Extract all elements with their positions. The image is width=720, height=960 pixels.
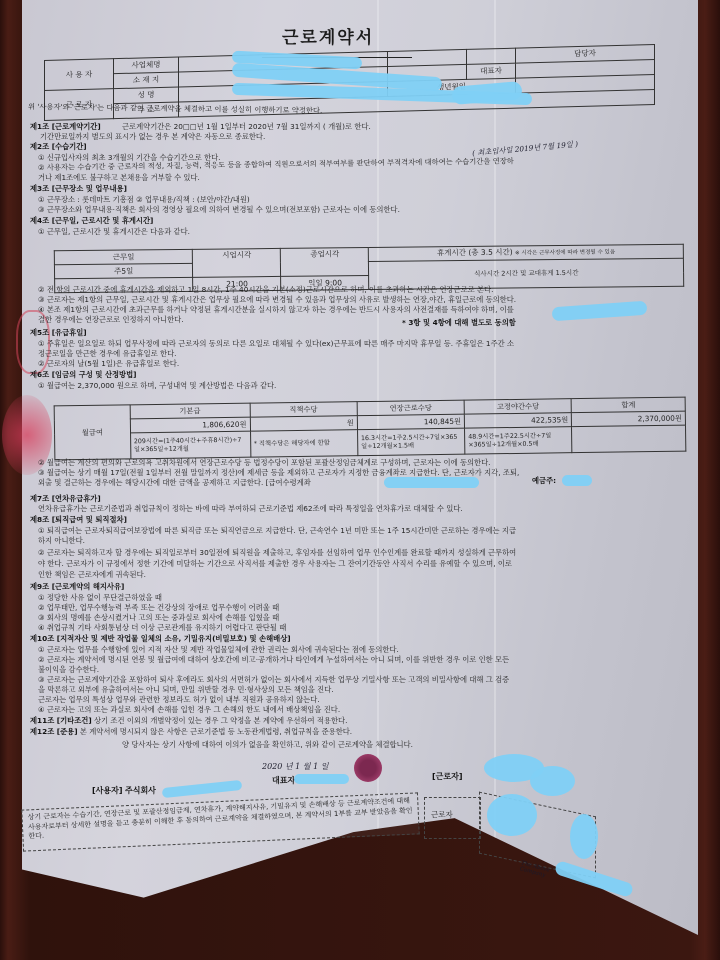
article-line: ② 업무태만, 업무수행능력 부족 또는 건강상의 장애로 업무수행이 어려울 … [38, 603, 279, 612]
company-label: 주식회사 [125, 786, 156, 795]
article-line: ③ 회사의 명예를 손상시켰거나 고의 또는 중과실로 회사에 손해를 입혔을 … [38, 613, 279, 622]
employee-signature-box: 근로자 [424, 797, 481, 839]
consent-note: * 3항 및 4항에 대해 별도로 동의함 [402, 318, 516, 327]
article-2-heading: 제2조 [수습기간] [30, 142, 87, 151]
document-title: 근로계약서 [282, 34, 374, 43]
article-line: 외출 및 결근하는 경우에는 해당시간에 대한 금액을 공제하고 지급한다. [… [38, 478, 311, 487]
formula-cell: 16.3시간=1주2.5시간÷7일×365일÷12개월×1.5배 [357, 428, 465, 455]
article-line: ② 월급여는 계산의 편의와 근로의욕 고취차원에서 연장근로수당 등 법정수당… [38, 458, 490, 467]
company-seal-stamp [354, 754, 382, 782]
article-line: ① 주휴일은 일요일로 하되 업무사정에 따라 근로자의 동의로 다른 요일로 … [38, 339, 514, 348]
employee-box-label: 근로자 [425, 798, 480, 831]
redaction-mark [570, 814, 598, 859]
redaction-mark [487, 794, 537, 836]
redaction-mark [530, 766, 575, 796]
article-line: 거나 제1조에도 불구하고 본채용을 거부할 수 있다. [38, 173, 200, 182]
table-cell: 주5일 [54, 264, 193, 279]
employer-signature-label: [사용자] [92, 786, 123, 795]
party-row-label: 소 재 지 [114, 72, 179, 89]
party-row-label: 사업체명 [114, 57, 179, 74]
break-note: ※ 시각은 근무사정에 따라 변경될 수 있음 [515, 249, 615, 256]
redaction-mark [384, 477, 479, 488]
table-header: 직책수당 [250, 402, 357, 417]
article-10-heading: 제10조 [지적자산 및 제반 작업물 일체의 소유, 기밀유지(비밀보호) 및… [30, 634, 291, 643]
amount-cell: 140,845원 [357, 414, 464, 429]
article-4-heading: 제4조 [근무일, 근로시간 및 휴게시간] [30, 216, 153, 225]
article-line: 기간만료일까지 별도의 표시가 없는 경우 본 계약은 자동으로 종료한다. [40, 132, 265, 141]
article-line: 야 한다. 근로자가 이 규정에서 정한 기간에 미달하는 기간으로 사직서를 … [38, 559, 512, 568]
article-line: ① 근무장소 : 롯데마트 기흥점 ② 업무내용/직책 : (보안/야간/내원) [38, 195, 250, 204]
account-holder-label: 예금주: [532, 476, 556, 485]
article-8-heading: 제8조 [퇴직급여 및 퇴직절차] [30, 515, 127, 524]
article-line: 결한 경우에는 연장근로로 인정하지 아니한다. [38, 315, 184, 324]
article-line: ② 근로자는 퇴직하고자 할 경우에는 퇴직일로부터 30일전에 퇴직원을 제출… [38, 548, 516, 557]
article-line: ② 근로자는 계약서에 명시된 연봉 및 월급여에 대하여 상호간에 비고·공개… [38, 655, 509, 664]
article-line: 불이익을 감수한다. [38, 665, 99, 674]
article-line: 인한 책임은 근로자에게 귀속된다. [38, 570, 146, 579]
article-line: ③ 근로자는 제1항의 근무일, 근로시간 및 휴게시간은 업무상 필요에 따라… [38, 295, 516, 304]
formula-cell: 48.9시간=1주22.5시간÷7일×365일÷12개월×0.5배 [465, 427, 573, 454]
table-header: 시업시각 [193, 248, 281, 277]
article-line: ④ 취업규칙 기타 사회통념상 더 이상 근로관계를 유지하기 어렵다고 판단될… [38, 623, 286, 632]
article-1-heading: 제1조 [근로계약기간] [30, 122, 101, 131]
formula-cell [572, 425, 686, 453]
article-line: ① 근로자는 업무를 수행함에 있어 지적 자산 및 제반 작업물일체에 관한 … [38, 645, 399, 654]
article-line: 상기 조건 이외의 개별약정이 있는 경우 그 약정을 본 계약에 우선하여 적… [94, 716, 347, 725]
article-line: ③ 근무장소와 업무내용·직책은 회사의 경영상 필요에 의하여 변경될 수 있… [38, 205, 400, 214]
formula-cell: * 직책수당은 해당자에 한함 [250, 430, 358, 457]
table-header: 연장근로수당 [357, 400, 464, 415]
representative-label: 대표자 [467, 63, 516, 79]
article-line: 정근로일을 만근한 경우에 유급휴일로 한다. [38, 349, 176, 358]
employer-label: 사 용 자 [45, 59, 114, 91]
article-line: ② 전 항의 근로시간 중에 휴게시간을 제외하고 1일 8시간, 1주 40시… [38, 285, 493, 294]
party-row-label: 성 명 [114, 87, 179, 104]
row-label: 월급여 [54, 405, 130, 460]
article-line: ① 퇴직급여는 근로자퇴직급여보장법에 따른 퇴직금 또는 퇴직연금으로 지급한… [38, 526, 516, 535]
article-line: ③ 월급여는 상기 매월 17일(전월 1일부터 전월 말일까지 정산)에 제세… [38, 468, 519, 477]
article-line: ② 근로자의 날(5월 1일)은 유급휴일로 한다. [38, 359, 179, 368]
employee-signature-label: [근로자] [432, 772, 463, 781]
closing-statement: 양 당사자는 상기 사항에 대하여 이의가 없음을 확인하고, 위와 같이 근로… [122, 740, 413, 749]
article-line: 을 막론하고 외부에 유출하여서는 아니 되며, 만일 위반할 경우 민·형사상… [38, 685, 334, 694]
article-3-heading: 제3조 [근무장소 및 업무내용] [30, 184, 127, 193]
table-header: 휴게시간 (총 3.5 시간) [437, 247, 513, 257]
article-line: ④ 근로자는 고의 또는 과실로 회사에 손해를 입힌 경우 그 손해의 한도 … [38, 705, 340, 714]
article-line: 근로자는 업무의 특성상 업무와 관련한 정보라도 허가 없이 내부 직원과 공… [38, 695, 320, 704]
table-header: 근무일 [54, 249, 193, 265]
article-9-heading: 제9조 [근로계약의 해지사유] [30, 582, 124, 591]
redaction-mark [562, 475, 592, 486]
amount-cell: 원 [250, 416, 357, 431]
article-line: 근로계약기간은 20□□년 1월 1일부터 2020년 7월 31일까지 ( 개… [122, 122, 371, 131]
article-12-heading: 제12조 [준용] [30, 727, 78, 736]
article-5-heading: 제5조 [유급휴일] [30, 328, 87, 337]
article-line: ③ 근로자는 근로계약기간을 포함하여 퇴사 후에라도 회사의 서면허가 없이는… [38, 675, 509, 684]
formula-cell: 209시간=(1주40시간+주휴8시간)÷7일×365일÷12개월 [130, 431, 250, 459]
article-11-heading: 제11조 [기타조건] [30, 716, 92, 725]
article-line: ① 정당한 사유 없이 무단결근하였을 때 [38, 593, 162, 602]
article-line: ① 근무일, 근로시간 및 휴게시간은 다음과 같다. [38, 227, 190, 236]
redaction-mark [294, 774, 349, 784]
contract-date: 2020 년 1 월 1 일 [262, 762, 328, 771]
article-line: 연차유급휴가는 근로기준법과 취업규칙이 정하는 바에 따라 부여하되 근로기준… [38, 504, 463, 513]
amount-cell: 422,535원 [464, 413, 571, 428]
representative-signature-label: 대표자 [272, 776, 295, 785]
article-line: 본 계약서에 명시되지 않은 사항은 근로기준법 등 노동관계법령, 취업규칙을… [80, 727, 352, 736]
table-header: 종업시각 [281, 248, 369, 277]
article-line: ④ 본조 제1항의 근로시간에 초과근무를 하거나 약정된 휴게시간분을 실시하… [38, 305, 514, 314]
article-7-heading: 제7조 [연차유급휴가] [30, 494, 101, 503]
salary-table: 월급여 기본급 직책수당 연장근로수당 고정야간수당 합계 1,806,620원… [54, 397, 687, 461]
article-6-heading: 제6조 [임금의 구성 및 산정방법] [30, 370, 137, 379]
article-line: 하지 아니한다. [38, 536, 85, 545]
article-line: ① 월급여는 2,370,000 원으로 하며, 구성내역 및 계산방법은 다음… [38, 381, 276, 390]
table-header: 고정야간수당 [464, 399, 571, 414]
